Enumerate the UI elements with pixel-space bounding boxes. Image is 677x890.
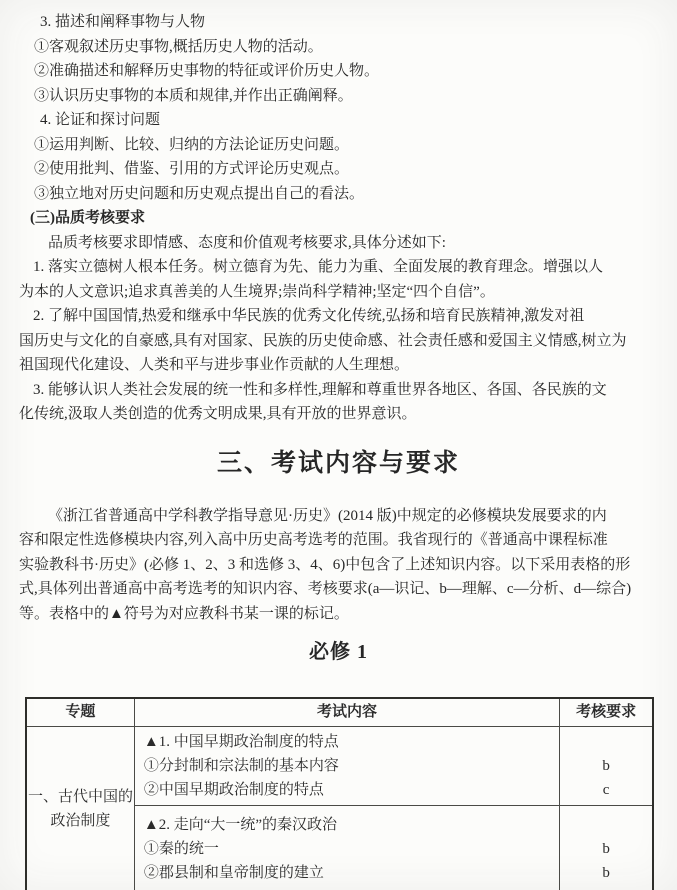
text-line: 为本的人文意识;追求真善美的人生境界;崇尚科学精神;坚定“四个自信”。 (19, 280, 658, 305)
text-line: 化传统,汲取人类创造的优秀文明成果,具有开放的世界意识。 (19, 402, 658, 427)
content-line: ▲1. 中国早期政治制度的特点 (144, 730, 553, 754)
exam-content-cell: ▲1. 中国早期政治制度的特点 ①分封制和宗法制的基本内容 ②中国早期政治制度的… (134, 726, 559, 805)
text-line: 3. 能够认识人类社会发展的统一性和多样性,理解和尊重世界各地区、各国、各民族的… (19, 378, 658, 403)
text-line: 1. 落实立德树人根本任务。树立德育为先、能力为重、全面发展的教育理念。增强以人 (19, 255, 658, 280)
content-line: ②郡县制和皇帝制度的建立 (144, 861, 553, 885)
intro-paragraph: 《浙江省普通高中学科教学指导意见·历史》(2014 版)中规定的必修模块发展要求… (19, 504, 658, 627)
requirement-line: b (560, 861, 652, 885)
text-line: 国历史与文化的自豪感,具有对国家、民族的历史使命感、社会责任感和爱国主义情感,树… (19, 329, 658, 354)
topic-line: 一、古代中国的 (28, 785, 133, 809)
header-exam-content: 考试内容 (134, 698, 559, 726)
text-line: 等。表格中的▲符号为对应教科书某一课的标记。 (19, 602, 658, 627)
content-line: ①分封制和宗法制的基本内容 (144, 754, 553, 778)
text-line: (三)品质考核要求 (19, 206, 658, 231)
table-header-row: 专题 考试内容 考核要求 (26, 698, 653, 726)
text-line: 3. 描述和阐释事物与人物 (19, 10, 658, 35)
text-line: ③独立地对历史问题和历史观点提出自己的看法。 (19, 182, 658, 207)
topic-cell: 一、古代中国的 政治制度 (26, 726, 134, 890)
content-line: ①秦的统一 (144, 837, 553, 861)
content-line: ②中国早期政治制度的特点 (144, 778, 553, 802)
requirement-line (560, 730, 652, 754)
text-line: ①运用判断、比较、归纳的方法论证历史问题。 (19, 133, 658, 158)
text-line: 实验教科书·历史》(必修 1、2、3 和选修 3、4、6)中包含了上述知识内容。… (19, 553, 658, 578)
text-line: ②使用批判、借鉴、引用的方式评论历史观点。 (19, 157, 658, 182)
requirement-cell: b c (560, 726, 653, 805)
ability-and-quality-section: 3. 描述和阐释事物与人物①客观叙述历史事物,概括历史人物的活动。②准确描述和解… (19, 10, 658, 427)
text-line: 2. 了解中国国情,热爱和继承中华民族的优秀文化传统,弘扬和培育民族精神,激发对… (19, 304, 658, 329)
requirement-cell: b b (560, 805, 653, 890)
exam-content-table: 专题 考试内容 考核要求 一、古代中国的 政治制度 ▲1. 中国早期政治制度的特… (25, 697, 654, 890)
section-heading-exam-content: 三、考试内容与要求 (19, 447, 658, 480)
text-line: 品质考核要求即情感、态度和价值观考核要求,具体分述如下: (19, 231, 658, 256)
requirement-line: b (560, 837, 652, 861)
text-line: 《浙江省普通高中学科教学指导意见·历史》(2014 版)中规定的必修模块发展要求… (19, 504, 658, 529)
requirement-line: c (560, 778, 652, 802)
topic-line: 政治制度 (28, 809, 133, 833)
text-line: ①客观叙述历史事物,概括历史人物的活动。 (19, 35, 658, 60)
requirement-line (560, 813, 652, 837)
requirement-line: b (560, 754, 652, 778)
exam-content-cell: ▲2. 走向“大一统”的秦汉政治 ①秦的统一 ②郡县制和皇帝制度的建立 (134, 805, 559, 890)
text-line: ③认识历史事物的本质和规律,并作出正确阐释。 (19, 84, 658, 109)
text-line: 4. 论证和探讨问题 (19, 108, 658, 133)
scanned-document-page: 3. 描述和阐释事物与人物①客观叙述历史事物,概括历史人物的活动。②准确描述和解… (0, 0, 677, 890)
content-line: ▲2. 走向“大一统”的秦汉政治 (144, 813, 553, 837)
text-line: 式,具体列出普通高中高考选考的知识内容、考核要求(a—识记、b—理解、c—分析、… (19, 577, 658, 602)
text-line: ②准确描述和解释历史事物的特征或评价历史人物。 (19, 59, 658, 84)
header-requirement: 考核要求 (560, 698, 653, 726)
text-line: 祖国现代化建设、人类和平与进步事业作贡献的人生理想。 (19, 353, 658, 378)
subheading-bixiu-1: 必修 1 (19, 639, 658, 666)
table-row: 一、古代中国的 政治制度 ▲1. 中国早期政治制度的特点 ①分封制和宗法制的基本… (26, 726, 653, 805)
header-topic: 专题 (26, 698, 134, 726)
text-line: 容和限定性选修模块内容,列入高中历史高考选考的范围。我省现行的《普通高中课程标准 (19, 528, 658, 553)
